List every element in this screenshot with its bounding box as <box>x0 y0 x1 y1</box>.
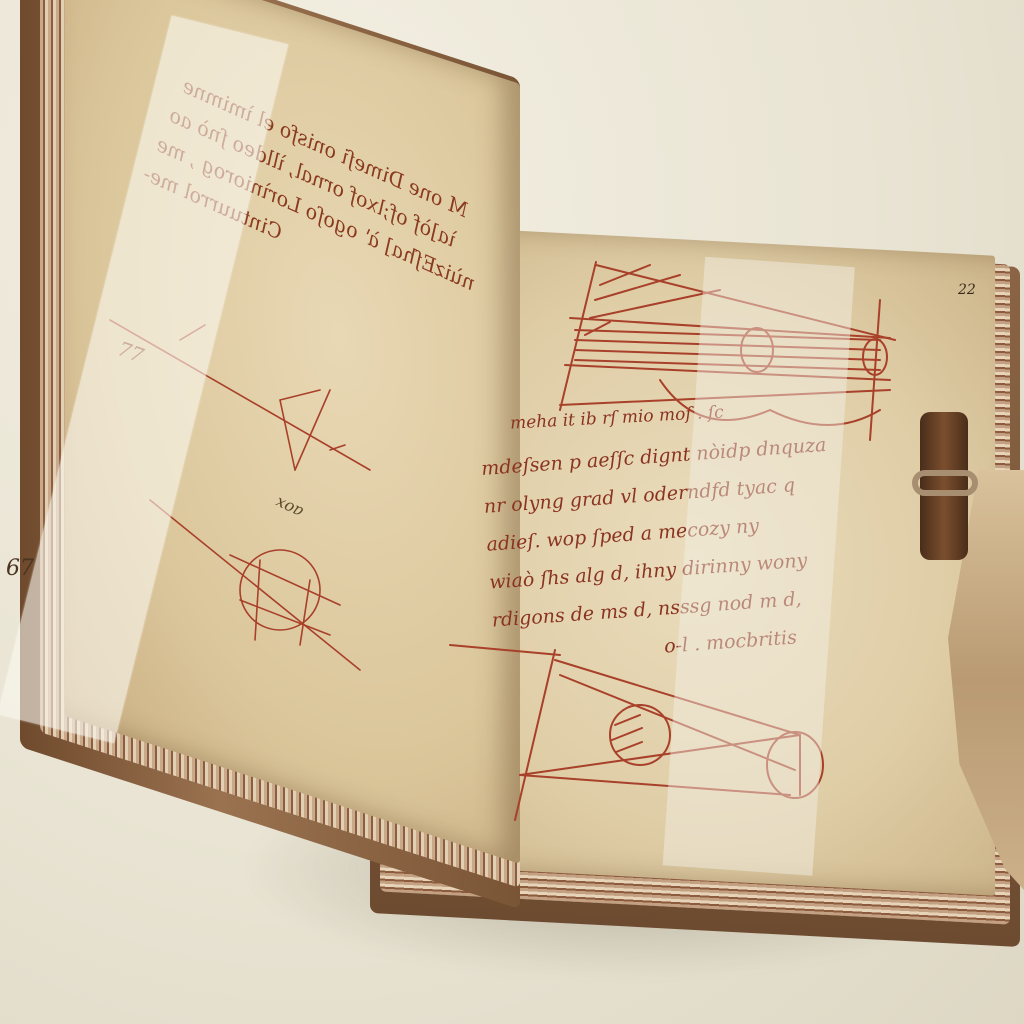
leather-loop <box>912 470 978 496</box>
right-page-number: 22 <box>958 282 976 298</box>
left-page-number: 67 <box>6 556 34 581</box>
